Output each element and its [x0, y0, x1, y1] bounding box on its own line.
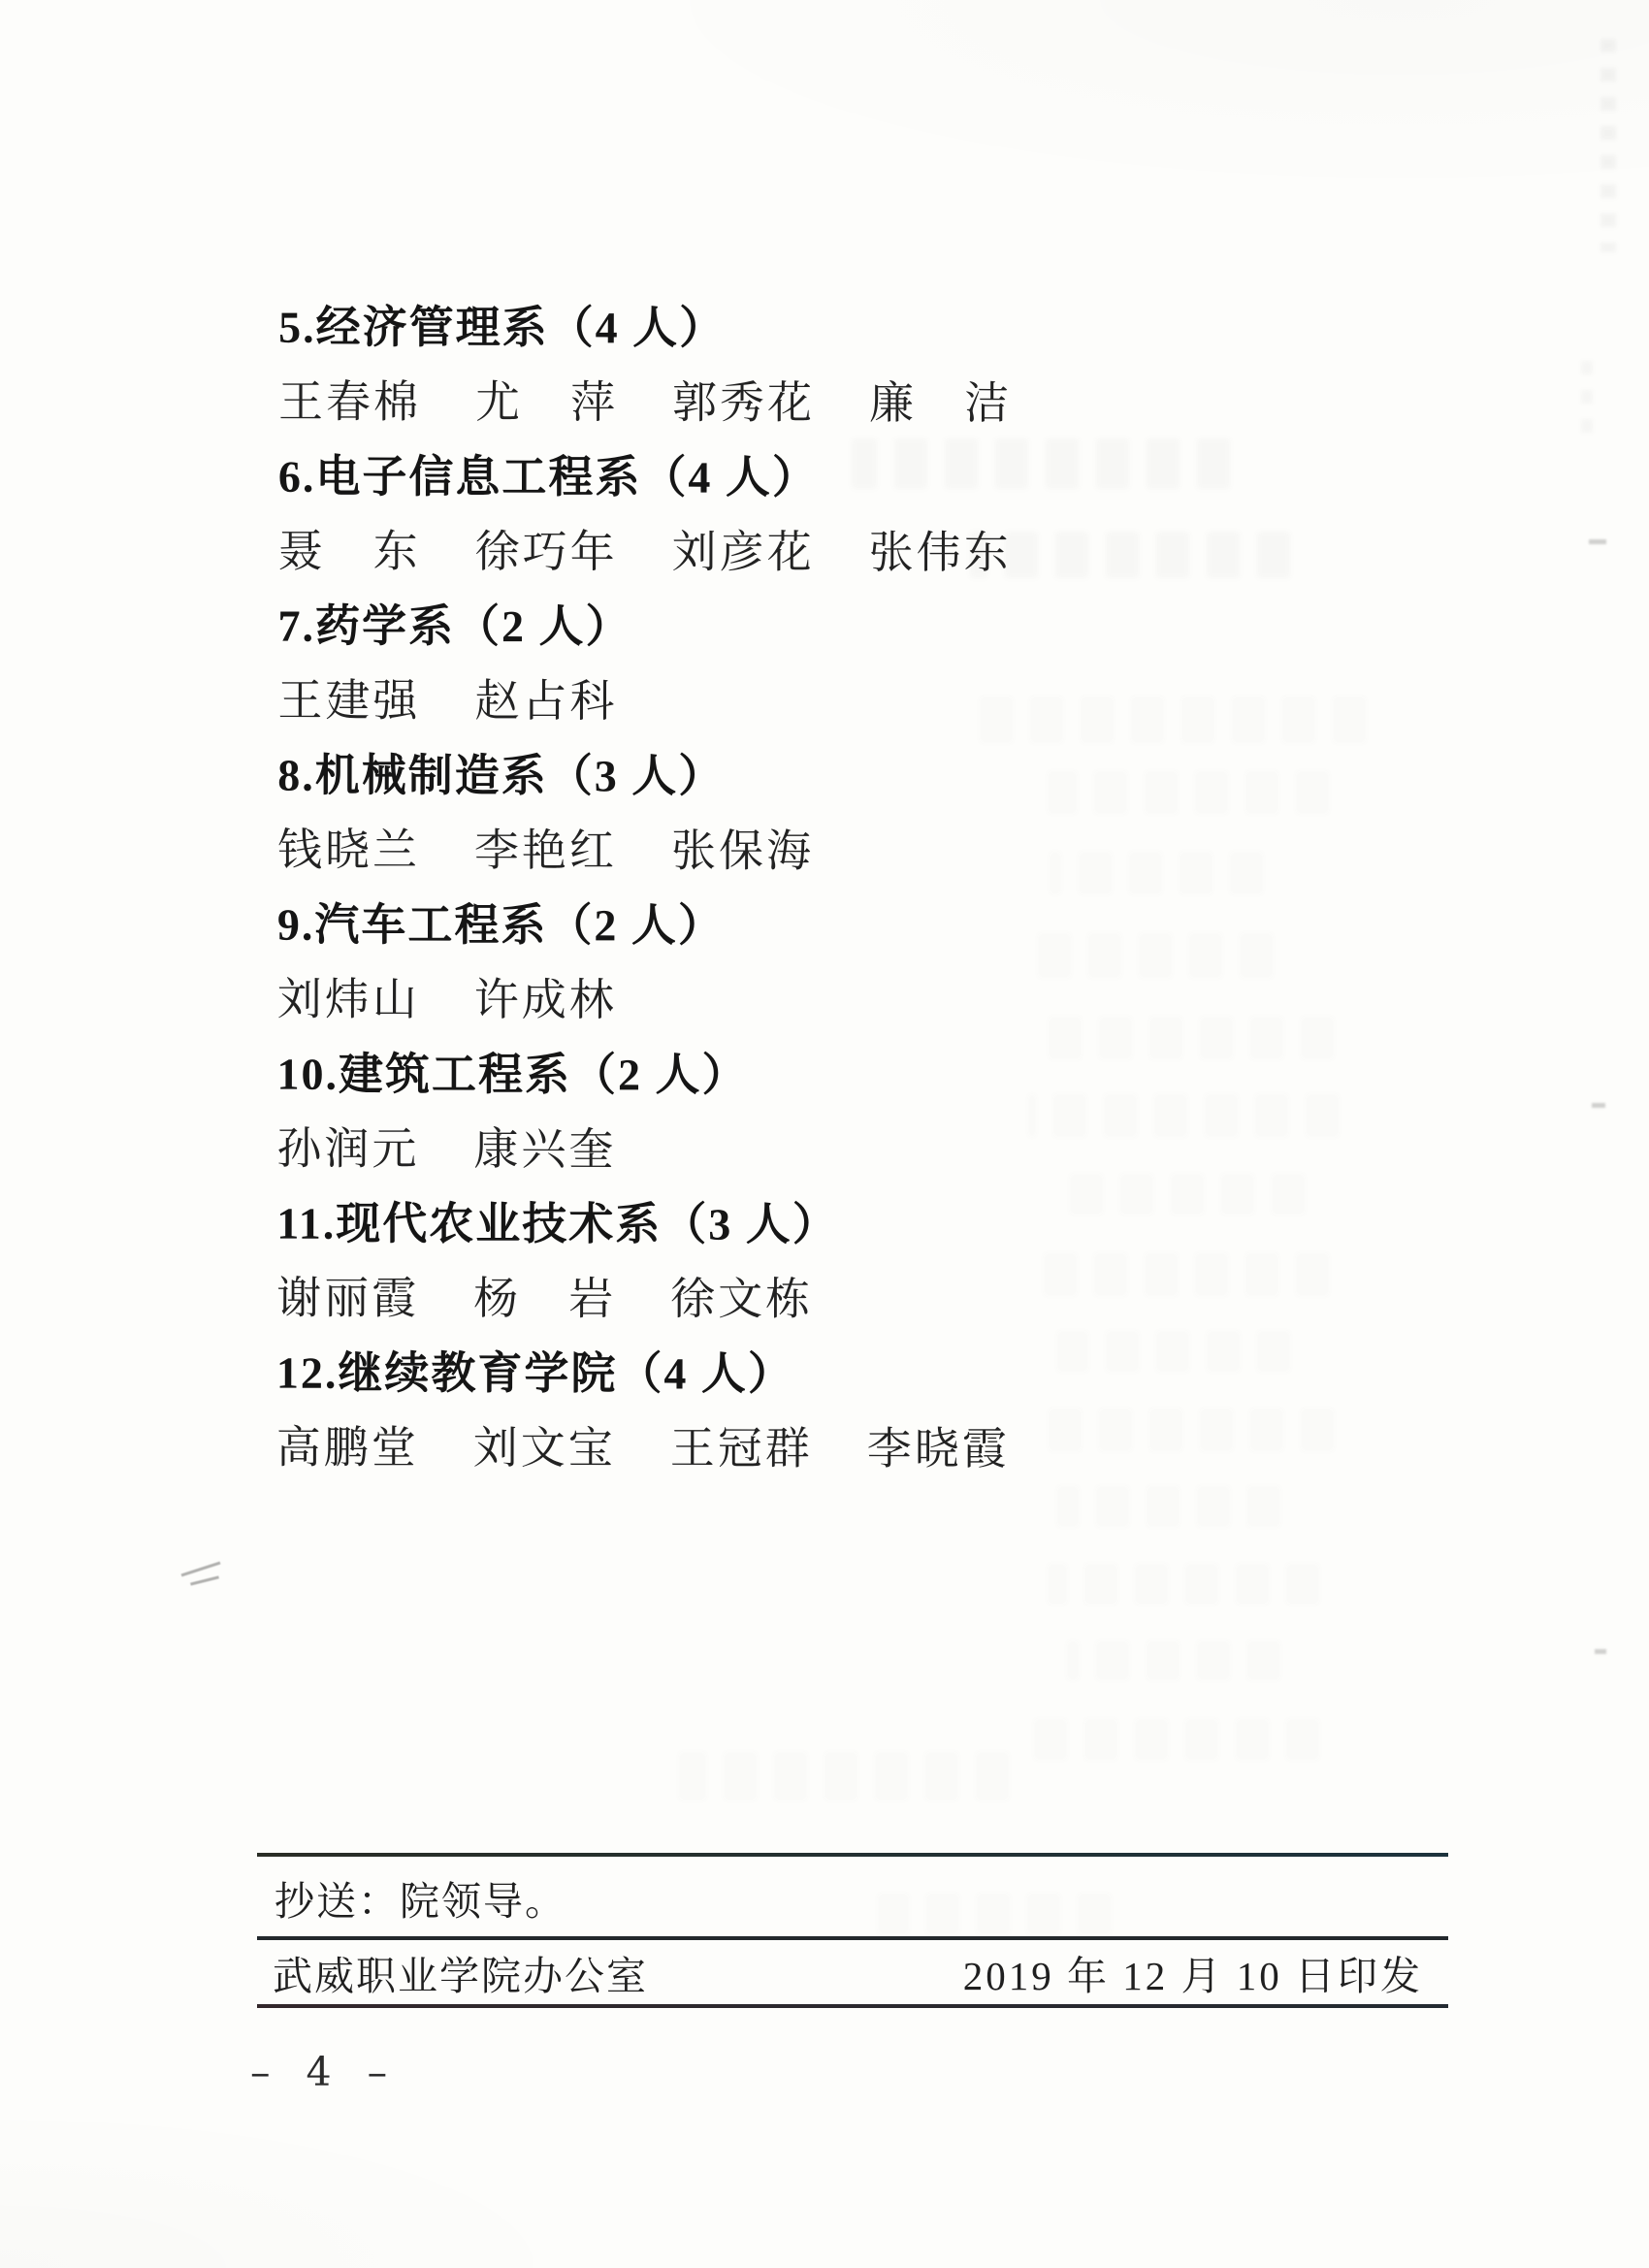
- section-heading-line: 6.电子信息工程系（4 人）: [278, 436, 1495, 513]
- issue-line: 武威职业学院办公室 2019 年 12 月 10 日印发: [257, 1944, 1448, 2000]
- person-name: 高鹏堂: [276, 1411, 419, 1475]
- section-names-row: 聂 东徐巧年刘彦花张伟东: [278, 510, 1495, 588]
- issuing-office: 武威职业学院办公室: [257, 1944, 648, 2001]
- section-heading: 10.建筑工程系（2 人）: [277, 1038, 749, 1103]
- scan-speck: [1595, 1649, 1606, 1654]
- section-heading-line: 11.现代农业技术系（3 人）: [276, 1183, 1493, 1260]
- scan-smudge: [1581, 361, 1593, 438]
- page-number: – 4 –: [250, 2049, 399, 2095]
- section-heading-line: 5.经济管理系（4 人）: [278, 286, 1495, 364]
- section-heading: 12.继续教育学院（4 人）: [276, 1337, 794, 1402]
- section-heading-line: 8.机械制造系（3 人）: [277, 734, 1494, 812]
- section-heading: 6.电子信息工程系（4 人）: [278, 440, 819, 505]
- section-heading: 9.汽车工程系（2 人）: [277, 889, 725, 954]
- person-name: 许成林: [474, 964, 617, 1028]
- person-name: 王春棉: [278, 366, 421, 430]
- copy-to-label: 抄送：院领导。: [275, 1869, 566, 1927]
- section-names-row: 谢丽霞杨 岩徐文栋: [276, 1257, 1493, 1335]
- person-name: 徐巧年: [475, 516, 618, 580]
- person-name: 尤 萍: [475, 367, 618, 431]
- person-name: 王建强: [277, 664, 420, 729]
- person-name: 廉 洁: [869, 367, 1012, 431]
- person-name: 刘彦花: [672, 516, 815, 580]
- document-page: 5.经济管理系（4 人）王春棉尤 萍郭秀花廉 洁6.电子信息工程系（4 人）聂 …: [0, 0, 1649, 2268]
- person-name: 钱晓兰: [277, 814, 420, 878]
- bleedthrough-ghost: [1028, 1719, 1319, 1760]
- pen-mark: [190, 1575, 219, 1585]
- person-name: 孙润元: [276, 1113, 419, 1177]
- person-name: 康兴奎: [473, 1114, 616, 1178]
- person-name: 谢丽霞: [276, 1262, 419, 1326]
- person-name: 聂 东: [278, 515, 421, 579]
- section-heading-line: 10.建筑工程系（2 人）: [277, 1033, 1494, 1111]
- pen-mark: [181, 1562, 221, 1577]
- bleedthrough-ghost: [1057, 1486, 1280, 1527]
- bleedthrough-ghost: [679, 1752, 1009, 1800]
- section-heading-line: 7.药学系（2 人）: [277, 585, 1494, 663]
- person-name: 张保海: [671, 815, 814, 879]
- section-names-row: 钱晓兰李艳红张保海: [277, 809, 1494, 887]
- section-names-row: 王建强赵占科: [277, 660, 1494, 737]
- person-name: 刘炜山: [277, 963, 420, 1027]
- roster-sections: 5.经济管理系（4 人）王春棉尤 萍郭秀花廉 洁6.电子信息工程系（4 人）聂 …: [276, 286, 1496, 1484]
- section-names-row: 孙润元康兴奎: [276, 1108, 1493, 1185]
- scan-speck: [1589, 539, 1606, 544]
- footer-bottom-rule: [257, 2004, 1448, 2008]
- person-name: 李艳红: [474, 815, 617, 879]
- person-name: 李晓霞: [867, 1412, 1010, 1476]
- scan-speck: [1592, 1103, 1605, 1108]
- copy-to-line: 抄送：院领导。: [275, 1863, 566, 1932]
- section-names-row: 刘炜山许成林: [277, 958, 1494, 1036]
- section-heading: 11.现代农业技术系（3 人）: [276, 1187, 839, 1252]
- bleedthrough-ghost: [1067, 1641, 1280, 1680]
- person-name: 王冠群: [670, 1412, 813, 1476]
- bleedthrough-ghost: [878, 1894, 1111, 1934]
- section-heading-line: 12.继续教育学院（4 人）: [276, 1332, 1493, 1409]
- bleedthrough-ghost: [1048, 1564, 1319, 1604]
- section-heading: 8.机械制造系（3 人）: [277, 739, 725, 804]
- person-name: 杨 岩: [473, 1263, 616, 1327]
- person-name: 徐文栋: [670, 1263, 813, 1327]
- person-name: 郭秀花: [672, 367, 815, 431]
- person-name: 张伟东: [869, 516, 1012, 580]
- footer-middle-rule: [257, 1936, 1448, 1940]
- section-heading: 5.经济管理系（4 人）: [278, 291, 726, 356]
- section-heading: 7.药学系（2 人）: [277, 590, 631, 655]
- person-name: 赵占科: [474, 665, 617, 729]
- person-name: 刘文宝: [473, 1412, 616, 1476]
- print-date: 2019 年 12 月 10 日印发: [963, 1944, 1448, 2001]
- section-names-row: 王春棉尤 萍郭秀花廉 洁: [278, 361, 1495, 438]
- section-heading-line: 9.汽车工程系（2 人）: [277, 884, 1494, 961]
- footer-top-rule: [257, 1853, 1448, 1857]
- section-names-row: 高鹏堂刘文宝王冠群李晓霞: [276, 1407, 1493, 1484]
- scan-smudge: [1600, 39, 1616, 252]
